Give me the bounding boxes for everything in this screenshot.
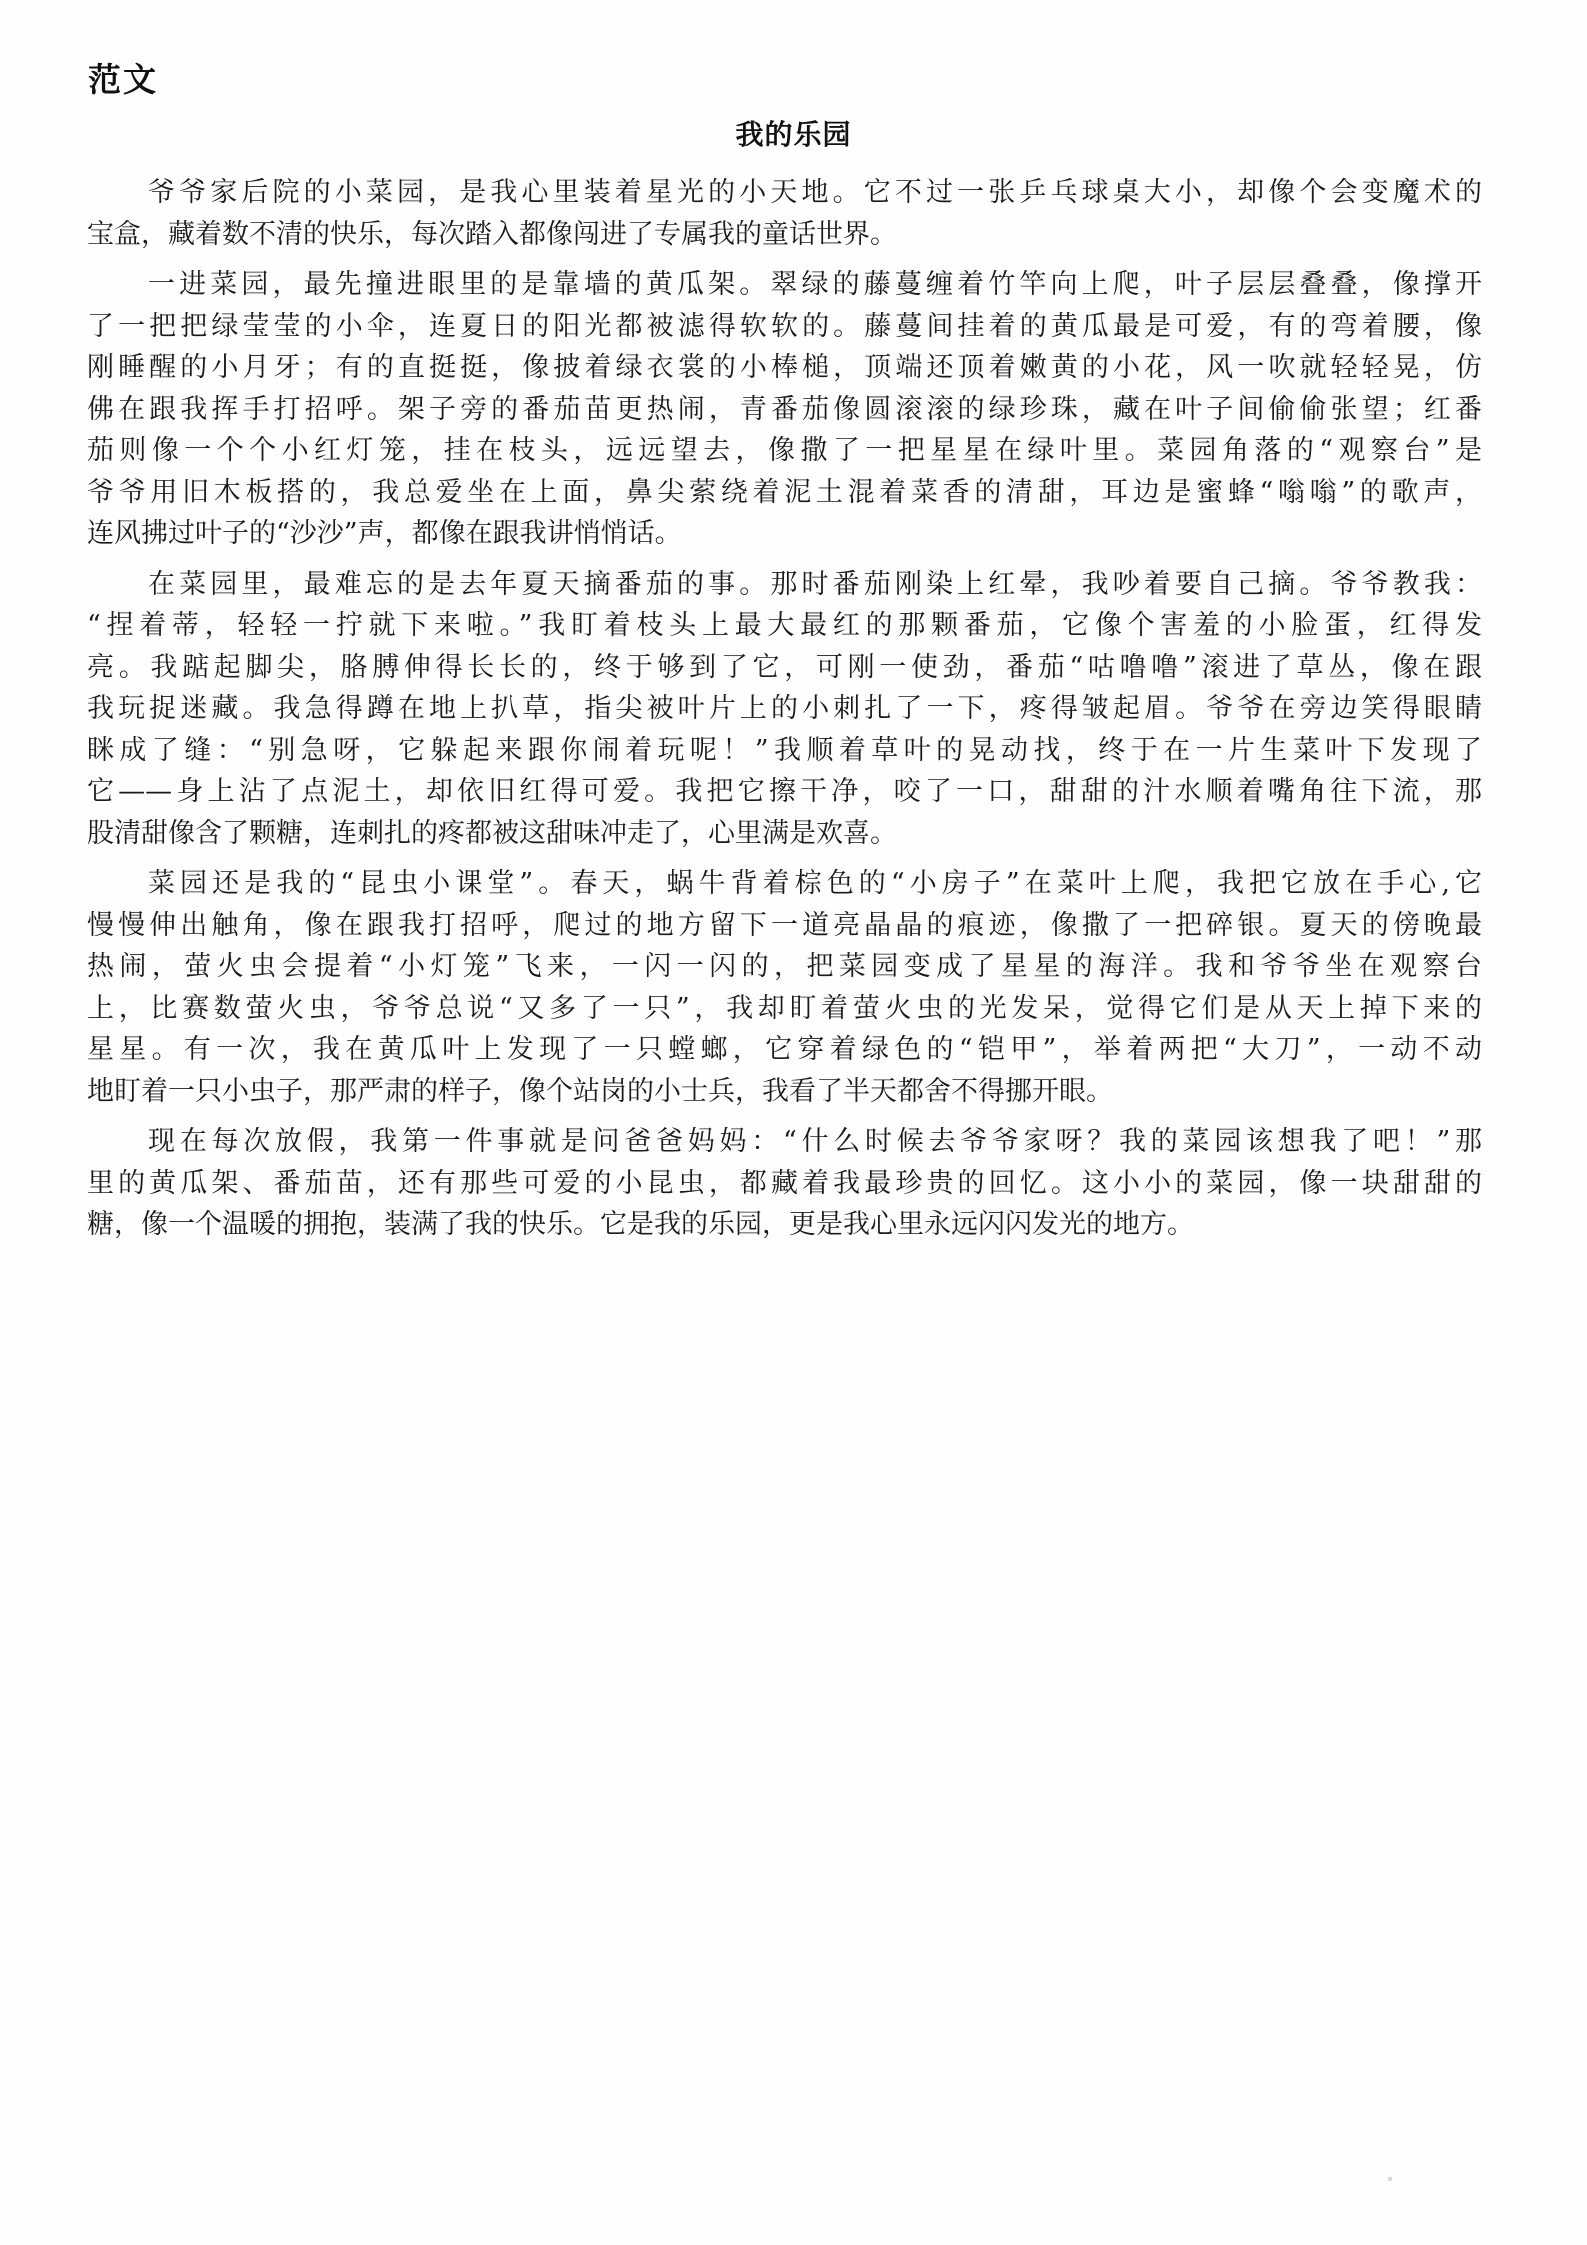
text-line: 菜园还是我的“昆虫小课堂”。春天，蜗牛背着棕色的“小房子”在菜叶上爬，我把它放在… bbox=[87, 863, 1482, 905]
document-page: 范文 我的乐园 爷爷家后院的小菜园，是我心里装着星光的小天地。它不过一张乒乓球桌… bbox=[0, 0, 1587, 2245]
paragraph-3: 在菜园里，最难忘的是去年夏天摘番茄的事。那时番茄刚染上红晕，我吵着要自己摘。爷爷… bbox=[87, 564, 1482, 855]
text-line: 连风拂过叶子的“沙沙”声，都像在跟我讲悄悄话。 bbox=[87, 513, 1482, 555]
essay-title: 我的乐园 bbox=[0, 118, 1587, 152]
text-line: 星星。有一次，我在黄瓜叶上发现了一只螳螂，它穿着绿色的“铠甲”，举着两把“大刀”… bbox=[87, 1029, 1482, 1071]
text-line: 爷爷用旧木板搭的，我总爱坐在上面，鼻尖萦绕着泥土混着菜香的清甜，耳边是蜜蜂“嗡嗡… bbox=[87, 472, 1482, 514]
text-line: 我玩捉迷藏。我急得蹲在地上扒草，指尖被叶片上的小刺扎了一下，疼得皱起眉。爷爷在旁… bbox=[87, 688, 1482, 730]
text-line: 糖，像一个温暖的拥抱，装满了我的快乐。它是我的乐园，更是我心里永远闪闪发光的地方… bbox=[87, 1204, 1482, 1246]
text-line: 在菜园里，最难忘的是去年夏天摘番茄的事。那时番茄刚染上红晕，我吵着要自己摘。爷爷… bbox=[87, 564, 1482, 606]
paragraph-1: 爷爷家后院的小菜园，是我心里装着星光的小天地。它不过一张乒乓球桌大小，却像个会变… bbox=[87, 172, 1482, 255]
text-line: 一进菜园，最先撞进眼里的是靠墙的黄瓜架。翠绿的藤蔓缠着竹竿向上爬，叶子层层叠叠，… bbox=[87, 264, 1482, 306]
paragraph-4: 菜园还是我的“昆虫小课堂”。春天，蜗牛背着棕色的“小房子”在菜叶上爬，我把它放在… bbox=[87, 863, 1482, 1112]
text-line: 亮。我踮起脚尖，胳膊伸得长长的，终于够到了它，可刚一使劲，番茄“咕噜噜”滚进了草… bbox=[87, 647, 1482, 689]
text-line: 地盯着一只小虫子，那严肃的样子，像个站岗的小士兵，我看了半天都舍不得挪开眼。 bbox=[87, 1071, 1482, 1113]
text-line: 宝盒，藏着数不清的快乐，每次踏入都像闯进了专属我的童话世界。 bbox=[87, 214, 1482, 256]
text-line: 佛在跟我挥手打招呼。架子旁的番茄苗更热闹，青番茄像圆滚滚的绿珍珠，藏在叶子间偷偷… bbox=[87, 389, 1482, 431]
text-line: 股清甜像含了颗糖，连刺扎的疼都被这甜味冲走了，心里满是欢喜。 bbox=[87, 813, 1482, 855]
text-line: 热闹，萤火虫会提着“小灯笼”飞来，一闪一闪的，把菜园变成了星星的海洋。我和爷爷坐… bbox=[87, 946, 1482, 988]
scan-artifact bbox=[1388, 2177, 1392, 2181]
essay-body: 爷爷家后院的小菜园，是我心里装着星光的小天地。它不过一张乒乓球桌大小，却像个会变… bbox=[87, 172, 1482, 1255]
text-line: 它——身上沾了点泥土，却依旧红得可爱。我把它擦干净，咬了一口，甜甜的汁水顺着嘴角… bbox=[87, 771, 1482, 813]
section-label: 范文 bbox=[88, 62, 158, 98]
paragraph-5: 现在每次放假，我第一件事就是问爸爸妈妈：“什么时候去爷爷家呀？我的菜园该想我了吧… bbox=[87, 1121, 1482, 1246]
paragraph-2: 一进菜园，最先撞进眼里的是靠墙的黄瓜架。翠绿的藤蔓缠着竹竿向上爬，叶子层层叠叠，… bbox=[87, 264, 1482, 555]
text-line: 慢慢伸出触角，像在跟我打招呼，爬过的地方留下一道亮晶晶的痕迹，像撒了一把碎银。夏… bbox=[87, 905, 1482, 947]
text-line: 里的黄瓜架、番茄苗，还有那些可爱的小昆虫，都藏着我最珍贵的回忆。这小小的菜园，像… bbox=[87, 1163, 1482, 1205]
text-line: 爷爷家后院的小菜园，是我心里装着星光的小天地。它不过一张乒乓球桌大小，却像个会变… bbox=[87, 172, 1482, 214]
text-line: 眯成了缝：“别急呀，它躲起来跟你闹着玩呢！”我顺着草叶的晃动找，终于在一片生菜叶… bbox=[87, 730, 1482, 772]
text-line: 刚睡醒的小月牙；有的直挺挺，像披着绿衣裳的小棒槌，顶端还顶着嫩黄的小花，风一吹就… bbox=[87, 347, 1482, 389]
text-line: 上，比赛数萤火虫，爷爷总说“又多了一只”，我却盯着萤火虫的光发呆，觉得它们是从天… bbox=[87, 988, 1482, 1030]
text-line: 茄则像一个个小红灯笼，挂在枝头，远远望去，像撒了一把星星在绿叶里。菜园角落的“观… bbox=[87, 430, 1482, 472]
text-line: “捏着蒂，轻轻一拧就下来啦。”我盯着枝头上最大最红的那颗番茄，它像个害羞的小脸蛋… bbox=[87, 605, 1482, 647]
text-line: 了一把把绿莹莹的小伞，连夏日的阳光都被滤得软软的。藤蔓间挂着的黄瓜最是可爱，有的… bbox=[87, 306, 1482, 348]
text-line: 现在每次放假，我第一件事就是问爸爸妈妈：“什么时候去爷爷家呀？我的菜园该想我了吧… bbox=[87, 1121, 1482, 1163]
